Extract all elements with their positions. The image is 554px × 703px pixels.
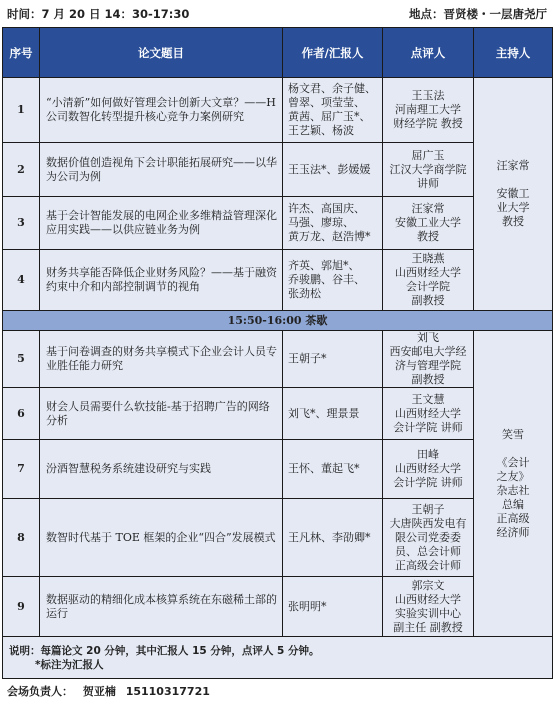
paper-title: 财务共享能否降低企业财务风险？——基于融资约束中介和内部控制调节的视角 bbox=[40, 250, 283, 311]
session-host: 汪家常 安徽工 业大学 教授 bbox=[474, 78, 553, 311]
column-header-no: 序号 bbox=[3, 28, 40, 78]
column-header-authors: 作者/汇报人 bbox=[283, 28, 383, 78]
paper-title: 财会人员需要什么软技能-基于招聘广告的网络分析 bbox=[40, 388, 283, 440]
contact-name: 贺亚楠 bbox=[83, 685, 116, 698]
venue-contact: 会场负责人： 贺亚楠 15110317721 bbox=[7, 683, 216, 699]
location-label: 地点：晋贤楼・一层唐尧厅 bbox=[409, 6, 547, 22]
table-row: 8 数智时代基于 TOE 框架的企业“四合”发展模式 王凡林、李劭卿* 王朝子 … bbox=[3, 499, 553, 577]
note-cell: 说明：每篇论文 20 分钟，其中汇报人 15 分钟，点评人 5 分钟。 *标注为… bbox=[3, 637, 553, 679]
paper-title: “小清新”如何做好管理会计创新大文章？——H公司数智化转型提升核心竞争力案例研究 bbox=[40, 78, 283, 143]
paper-reviewer: 王朝子 大唐陕西发电有 限公司党委委 员、总会计师 正高级会计师 bbox=[383, 499, 474, 577]
paper-authors: 王怀、董起飞* bbox=[283, 440, 383, 499]
table-row: 1 “小清新”如何做好管理会计创新大文章？——H公司数智化转型提升核心竞争力案例… bbox=[3, 78, 553, 143]
row-number: 3 bbox=[3, 197, 40, 250]
row-number: 1 bbox=[3, 78, 40, 143]
row-number: 6 bbox=[3, 388, 40, 440]
table-header-row: 序号 论文题目 作者/汇报人 点评人 主持人 bbox=[3, 28, 553, 78]
time-label: 时间：7 月 20 日 14：30-17:30 bbox=[7, 6, 189, 22]
tea-break-label: 15:50-16:00 茶歇 bbox=[3, 311, 553, 331]
paper-authors: 张明明* bbox=[283, 577, 383, 637]
contact-phone: 15110317721 bbox=[126, 685, 210, 698]
column-header-title: 论文题目 bbox=[40, 28, 283, 78]
paper-reviewer: 屈广玉 江汉大学商学院 讲师 bbox=[383, 143, 474, 197]
table-row: 2 数据价值创造视角下会计职能拓展研究——以华为公司为例 王玉法*、彭媛媛 屈广… bbox=[3, 143, 553, 197]
schedule-header: 时间：7 月 20 日 14：30-17:30 地点：晋贤楼・一层唐尧厅 bbox=[0, 0, 554, 27]
note-row: 说明：每篇论文 20 分钟，其中汇报人 15 分钟，点评人 5 分钟。 *标注为… bbox=[3, 637, 553, 679]
paper-authors: 杨文君、余子健、 曾翠、项莹莹、 黄茜、屈广玉*、 王艺颖、杨波 bbox=[283, 78, 383, 143]
note-line-2: *标注为汇报人 bbox=[9, 658, 548, 672]
paper-reviewer: 郭宗文 山西财经大学 实验实训中心 副主任 副教授 bbox=[383, 577, 474, 637]
table-row: 5 基于问卷调查的财务共享模式下企业会计人员专业胜任能力研究 王朝子* 刘飞 西… bbox=[3, 331, 553, 388]
paper-authors: 王玉法*、彭媛媛 bbox=[283, 143, 383, 197]
tea-break-row: 15:50-16:00 茶歇 bbox=[3, 311, 553, 331]
column-header-host: 主持人 bbox=[474, 28, 553, 78]
paper-authors: 许杰、高国庆、 马强、廖琼、 黄万龙、赵浩博* bbox=[283, 197, 383, 250]
paper-reviewer: 王晓燕 山西财经大学 会计学院 副教授 bbox=[383, 250, 474, 311]
paper-reviewer: 王玉法 河南理工大学 财经学院 教授 bbox=[383, 78, 474, 143]
paper-reviewer: 汪家常 安徽工业大学 教授 bbox=[383, 197, 474, 250]
paper-reviewer: 刘飞 西安邮电大学经 济与管理学院 副教授 bbox=[383, 331, 474, 388]
table-row: 6 财会人员需要什么软技能-基于招聘广告的网络分析 刘飞*、理景景 王文慧 山西… bbox=[3, 388, 553, 440]
paper-authors: 刘飞*、理景景 bbox=[283, 388, 383, 440]
note-line-1: 说明：每篇论文 20 分钟，其中汇报人 15 分钟，点评人 5 分钟。 bbox=[9, 645, 319, 657]
row-number: 8 bbox=[3, 499, 40, 577]
row-number: 2 bbox=[3, 143, 40, 197]
row-number: 7 bbox=[3, 440, 40, 499]
row-number: 5 bbox=[3, 331, 40, 388]
paper-authors: 王凡林、李劭卿* bbox=[283, 499, 383, 577]
paper-title: 基于问卷调查的财务共享模式下企业会计人员专业胜任能力研究 bbox=[40, 331, 283, 388]
session-host: 笑雪 《会计 之友》 杂志社 总编 正高级 经济师 bbox=[474, 331, 553, 637]
table-row: 9 数据驱动的精细化成本核算系统在东磁稀土部的运行 张明明* 郭宗文 山西财经大… bbox=[3, 577, 553, 637]
paper-title: 基于会计智能发展的电网企业多维精益管理深化应用实践——以供应链业务为例 bbox=[40, 197, 283, 250]
row-number: 9 bbox=[3, 577, 40, 637]
paper-title: 数智时代基于 TOE 框架的企业“四合”发展模式 bbox=[40, 499, 283, 577]
table-row: 7 汾酒智慧税务系统建设研究与实践 王怀、董起飞* 田峰 山西财经大学 会计学院… bbox=[3, 440, 553, 499]
row-number: 4 bbox=[3, 250, 40, 311]
column-header-reviewer: 点评人 bbox=[383, 28, 474, 78]
paper-title: 数据驱动的精细化成本核算系统在东磁稀土部的运行 bbox=[40, 577, 283, 637]
paper-title: 汾酒智慧税务系统建设研究与实践 bbox=[40, 440, 283, 499]
table-row: 3 基于会计智能发展的电网企业多维精益管理深化应用实践——以供应链业务为例 许杰… bbox=[3, 197, 553, 250]
paper-authors: 齐英、郭旭*、 乔骏鹏、谷丰、 张劲松 bbox=[283, 250, 383, 311]
schedule-table: 序号 论文题目 作者/汇报人 点评人 主持人 1 “小清新”如何做好管理会计创新… bbox=[2, 27, 553, 679]
contact-label: 会场负责人： bbox=[7, 685, 73, 698]
paper-reviewer: 田峰 山西财经大学 会计学院 讲师 bbox=[383, 440, 474, 499]
paper-reviewer: 王文慧 山西财经大学 会计学院 讲师 bbox=[383, 388, 474, 440]
paper-title: 数据价值创造视角下会计职能拓展研究——以华为公司为例 bbox=[40, 143, 283, 197]
table-row: 4 财务共享能否降低企业财务风险？——基于融资约束中介和内部控制调节的视角 齐英… bbox=[3, 250, 553, 311]
paper-authors: 王朝子* bbox=[283, 331, 383, 388]
